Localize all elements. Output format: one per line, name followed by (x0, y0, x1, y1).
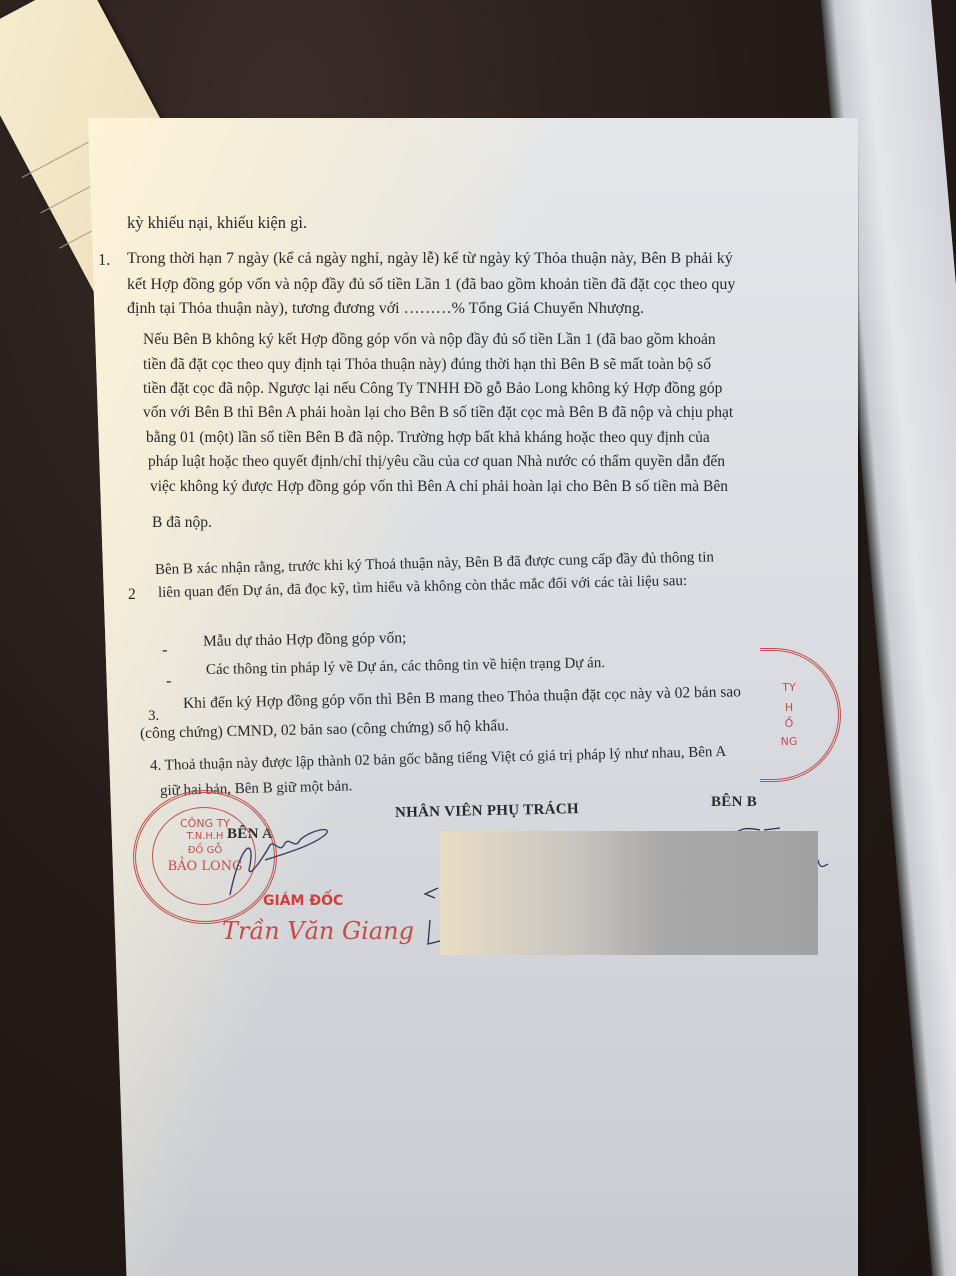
bullet-item: Mẫu dự thảo Hợp đồng góp vốn; (203, 629, 407, 651)
intro-line: kỳ khiếu nại, khiếu kiện gì. (127, 213, 307, 233)
stamp-center-text: H (774, 701, 804, 714)
stamp-center-text: Ồ (774, 717, 804, 730)
item1-paragraph-line: việc không ký được Hợp đồng góp vốn thì … (150, 478, 728, 496)
item1-paragraph-line: tiền đã đặt cọc theo quy định tại Thỏa t… (143, 356, 711, 374)
item1-paragraph-line: vốn với Bên B thì Bên A phải hoàn lại ch… (143, 404, 733, 422)
item1-paragraph-line: pháp luật hoặc theo quyết định/chỉ thị/y… (148, 453, 725, 471)
item1-paragraph-line: Nếu Bên B không ký kết Hợp đồng góp vốn … (143, 331, 716, 349)
item2-number: 2 (128, 586, 136, 604)
item1-paragraph-line: bằng 01 (một) lần số tiền Bên B đã nộp. … (146, 429, 710, 447)
item1-line: kết Hợp đồng góp vốn và nộp đầy đủ số ti… (127, 276, 735, 294)
bullet-marker: - (166, 671, 172, 691)
director-name: Trần Văn Giang (222, 917, 414, 945)
stamp-center-text: TY (774, 681, 804, 694)
stamp-center-text: NG (774, 735, 804, 748)
item1-paragraph-line: tiền đặt cọc đã nộp. Ngược lại nếu Công … (143, 380, 722, 398)
bullet-marker: - (162, 640, 168, 660)
item1-number: 1. (98, 250, 110, 270)
party-b-heading: BÊN B (711, 794, 757, 811)
item1-line: Trong thời hạn 7 ngày (kể cả ngày nghỉ, … (127, 250, 733, 268)
redacted-area (440, 831, 818, 955)
item1-paragraph-line: B đã nộp. (152, 514, 212, 532)
item3-number: 3. (148, 708, 159, 725)
item1-line: định tại Thỏa thuận này), tương đương vớ… (127, 300, 644, 318)
director-title: GIÁM ĐỐC (263, 893, 343, 909)
